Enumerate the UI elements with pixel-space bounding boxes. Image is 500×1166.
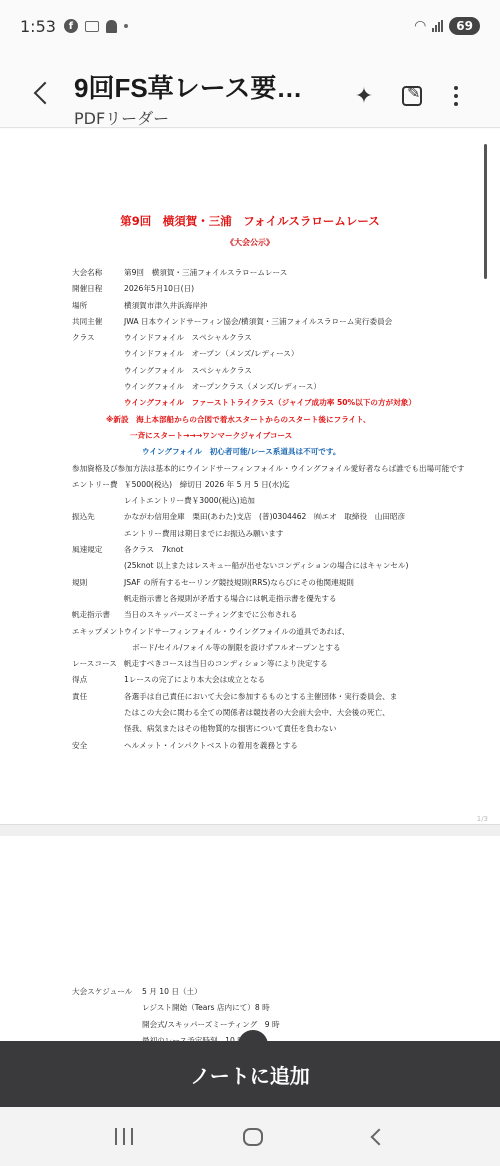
facebook-icon: f [64,19,78,33]
battery-indicator: 69 [449,17,480,35]
row-entry-fee: エントリー費￥5000(税込) 締切日 2026 年 5 月 5 日(水)迄 [72,477,482,493]
page-separator [0,824,500,836]
row-class: クラスウインドフォイル スペシャルクラス [72,330,482,346]
home-button[interactable] [243,1128,263,1146]
row-organizers: 共同主催JWA 日本ウインドサーフィン協会/横須賀・三浦フォイルスラローム実行委… [72,314,482,330]
row-transfer: 振込先かながわ信用金庫 栗田(あわた)支店 (普)0304462 ㈲エオ 取締役… [72,509,482,525]
row-equipment: エキップメントウインドサーフィンフォイル・ウイングフォイルの道具であれば、 [72,624,482,640]
more-notifications-icon [124,24,128,28]
more-options-button[interactable] [442,82,470,110]
status-time: 1:53 [20,17,56,36]
add-to-notes-label: ノートに追加 [190,1060,309,1089]
scrollbar[interactable] [484,144,487,279]
beginner-note: ウイングフォイル 初心者可能/レース系道具は不可です。 [72,444,482,460]
document-title: 9回FS草レース要… [74,68,302,105]
row-location: 場所横須賀市津久井浜海岸沖 [72,298,482,314]
wifi-icon: ◠ [414,18,426,34]
app-bar: 9回FS草レース要… PDFリーダー ✦ [0,52,500,128]
liability-line-3: 怪我、病気またはその他物質的な損害について責任を負わない [72,721,482,737]
doc-heading: 第9回 横須賀・三浦 フォイルスラロームレース [0,213,500,229]
liability-line-2: たはこの大会に関わる全ての関係者は競技者の大会前大会中、大会後の死亡、 [72,705,482,721]
more-vert-icon [454,86,458,106]
class-item: ウインドフォイル オープン（メンズ/レディース） [72,346,482,362]
doc-body: 大会名称第9回 横須賀・三浦フォイルスラロームレース 開催日程2026年5月10… [72,265,482,754]
system-back-button[interactable] [371,1128,388,1145]
eligibility-text: 参加資格及び参加方法は基本的にウインドサーフィンフォイル・ウイングフォイル愛好者… [72,461,482,477]
schedule-item: レジスト開始（Tears 店内にて）8 時 [72,1000,280,1016]
pdf-viewer[interactable]: 第9回 横須賀・三浦 フォイルスラロームレース 《大会公示》 大会名称第9回 横… [0,129,500,1041]
row-event-name: 大会名称第9回 横須賀・三浦フォイルスラロームレース [72,265,482,281]
row-course: レースコース帆走すべきコースは当日のコンディション等により決定する [72,656,482,672]
rules-note: 帆走指示書と各規則が矛盾する場合には帆走指示書を優先する [72,591,482,607]
row-safety: 安全ヘルメット・インパクトベストの着用を義務とする [72,738,482,754]
doc-subheading: 《大会公示》 [0,237,500,248]
status-bar: 1:53 f ◠ 69 [0,0,500,52]
class-item-first-try: ウイングフォイル ファーストトライクラス（ジャイブ成功率 50%以下の方が対象） [72,395,482,411]
row-sailing-instructions: 帆走指示書当日のスキッパーズミーティングまでに公布される [72,607,482,623]
new-class-note-2: 一斉にスタート→→→ワンマークジャイブコース [72,428,482,444]
signal-icon [432,20,443,32]
sparkle-icon: ✦ [355,84,373,109]
edit-button[interactable] [398,82,426,110]
pdf-page-2: 大会スケジュール5 月 10 日（土） レジスト開始（Tears 店内にて）8 … [0,836,500,1041]
equipment-note: ボード/セイル/フォイル等の制限を設けずフルオープンとする [72,640,482,656]
back-button[interactable] [30,78,54,108]
mail-icon [85,21,99,32]
class-item: ウイングフォイル スペシャルクラス [72,363,482,379]
row-rules: 規則JSAF の所有するセーリング競技規則(RRS)ならびにその他関連規則 [72,575,482,591]
app-subtitle: PDFリーダー [74,106,169,129]
class-item: ウイングフォイル オープンクラス（メンズ/レディース） [72,379,482,395]
transfer-note: エントリー費用は期日までにお振込み願います [72,526,482,542]
wind-note: (25knot 以上またはレスキュー船が出せないコンディションの場合にはキャンセ… [72,558,482,574]
recent-apps-button[interactable] [115,1128,133,1145]
row-schedule: 大会スケジュール5 月 10 日（土） [72,984,280,1000]
pdf-page-1: 第9回 横須賀・三浦 フォイルスラロームレース 《大会公示》 大会名称第9回 横… [0,129,500,824]
notification-bell-icon [106,20,117,33]
system-nav-bar [0,1107,500,1166]
page-indicator: 1/3 [477,815,488,823]
row-wind: 風速規定各クラス 7knot [72,542,482,558]
new-class-note: ※新設 海上本部船からの合図で着水スタートからのスタート後にフライト、 [72,412,482,428]
row-score: 得点1レースの完了により本大会は成立となる [72,672,482,688]
late-fee: レイトエントリー費￥3000(税込)追加 [72,493,482,509]
row-liability: 責任各選手は自己責任において大会に参加するものとする主催団体・実行委員会、ま [72,689,482,705]
ai-sparkle-button[interactable]: ✦ [350,82,378,110]
add-to-notes-button[interactable]: ノートに追加 [0,1041,500,1107]
edit-icon [402,86,422,106]
row-date: 開催日程2026年5月10日(日) [72,281,482,297]
